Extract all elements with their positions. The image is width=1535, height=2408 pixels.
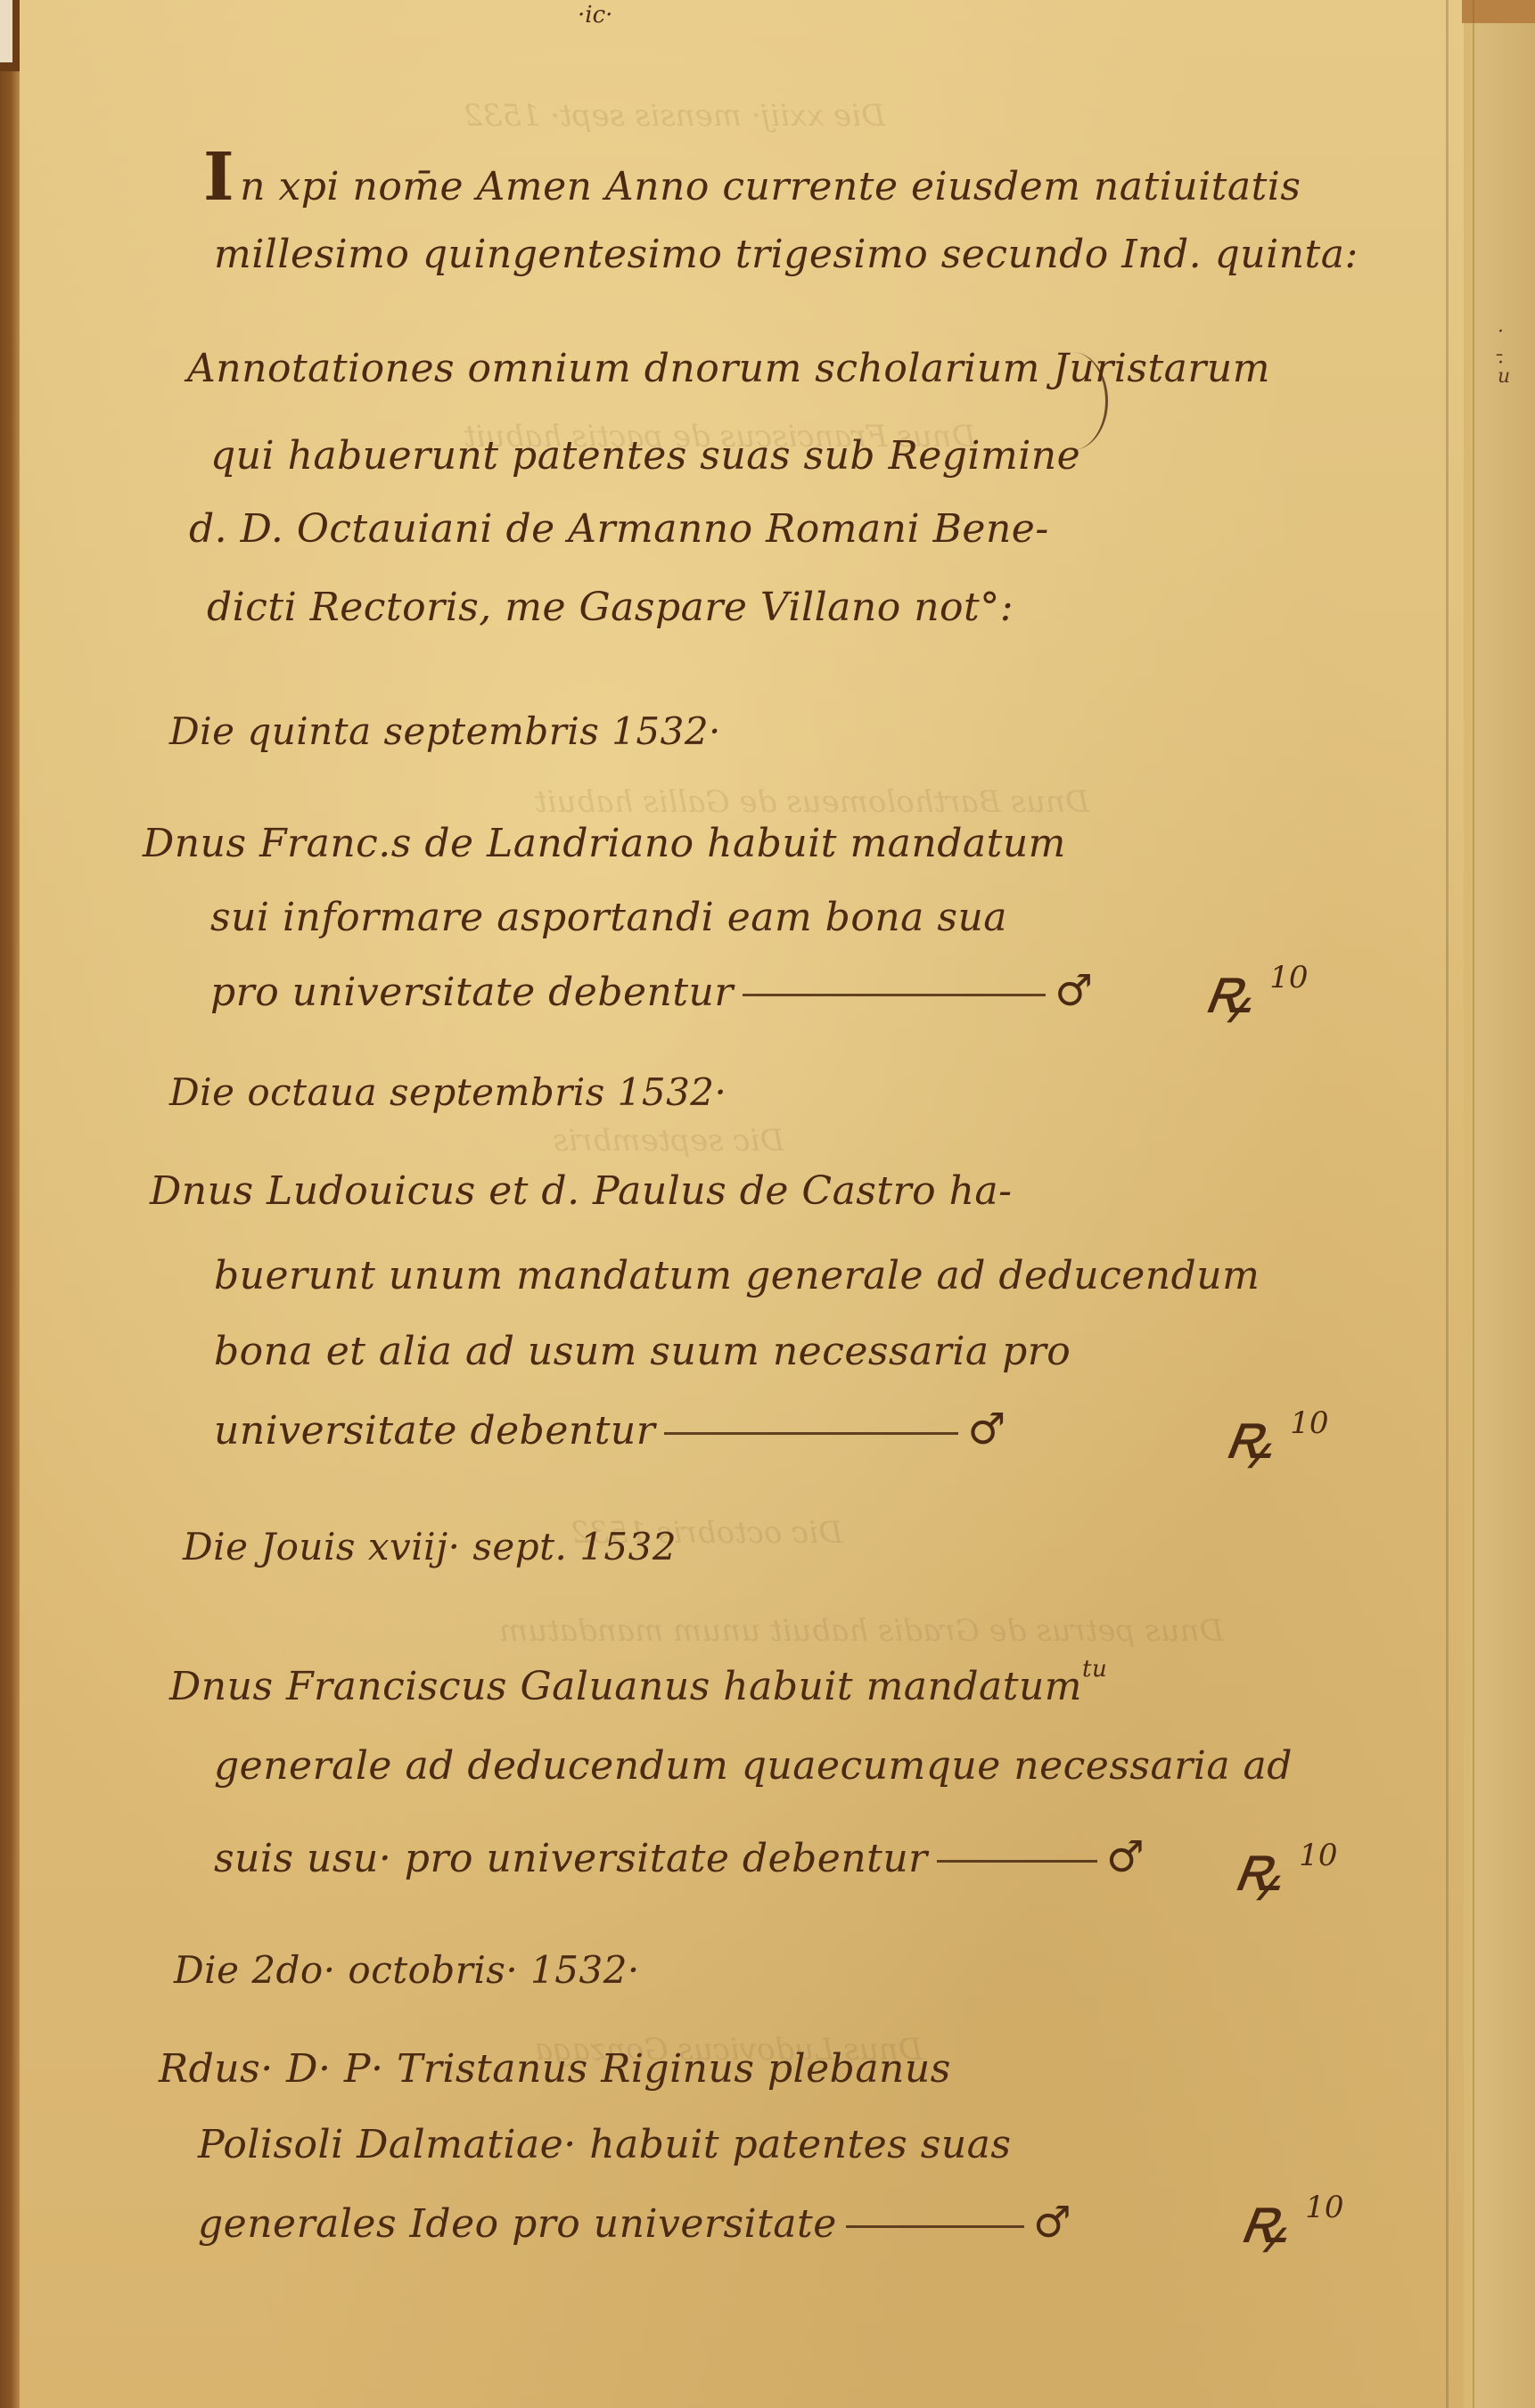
entry-1-margin-note: ꝶ10 <box>1205 945 1309 1032</box>
entry-3-line-1: Dnus Franciscus Galuanus habuit mandatum… <box>169 1658 1107 1707</box>
entry-4-line-3: generales Ideo pro universitate♂ <box>198 2201 1071 2244</box>
entry-3-date: Die Jouis xviij· sept. 1532 <box>183 1528 677 1566</box>
entry-1-line-1: Dnus Franc.s de Landriano habuit mandatu… <box>143 824 1066 864</box>
bleed-through-text: Dnus Bartholomeus de Gallis habuit <box>535 784 1089 820</box>
entry-1-line-3-text: pro universitate debentur <box>210 970 734 1015</box>
entry-2-rule <box>664 1432 958 1435</box>
entry-4-line-3-text: generales Ideo pro universitate <box>198 2201 837 2247</box>
entry-1-margin-symbol: ꝶ <box>1199 945 1260 1032</box>
entry-1-line-2: sui informare asportandi eam bona sua <box>210 898 1007 938</box>
entry-3-line-1-text: Dnus Franciscus Galuanus habuit mandatum <box>169 1664 1082 1709</box>
entry-1-notary-sign: ♂ <box>1055 966 1094 1016</box>
heading-text-1: n xpi nom̄e Amen Anno currente eiusdem n… <box>240 164 1301 209</box>
entry-4-date-text: Die 2do· octobris· 1532· <box>174 1948 640 1992</box>
entry-3-line-2: generale ad deducendum quaecumque necess… <box>214 1747 1293 1786</box>
entry-2-line-3: bona et alia ad usum suum necessaria pro <box>214 1332 1071 1372</box>
entry-4-line-1: Rdus· D· P· Tristanus Riginus plebanus <box>159 2050 951 2089</box>
entry-4-rule <box>846 2225 1024 2228</box>
page-fold-line <box>1446 0 1449 2408</box>
entry-3-margin-symbol: ꝶ <box>1228 1822 1289 1910</box>
entry-4-margin-symbol: ꝶ <box>1235 2175 1295 2262</box>
entry-4-date: Die 2do· octobris· 1532· <box>174 1952 640 1989</box>
page-fold-line-secondary <box>1473 0 1474 2408</box>
edge-fragment: u <box>1498 365 1510 388</box>
heading-line-1: In xpi nom̄e Amen Anno currente eiusdem … <box>203 144 1301 210</box>
entry-2-margin-note: ꝶ10 <box>1226 1390 1329 1478</box>
entry-4-margin-note: ꝶ10 <box>1241 2175 1344 2262</box>
heading-line-2: millesimo quingentesimo trigesimo secund… <box>214 235 1359 274</box>
entry-2-line-1: Dnus Ludouicus et d. Paulus de Castro ha… <box>150 1172 1013 1211</box>
entry-3-margin-amount: 10 <box>1299 1838 1337 1873</box>
entry-2-date: Die octaua septembris 1532· <box>169 1074 726 1111</box>
entry-3-superscript: tu <box>1082 1656 1107 1683</box>
entry-2-margin-amount: 10 <box>1290 1405 1328 1441</box>
entry-3-rule <box>937 1860 1097 1863</box>
entry-1-rule <box>743 994 1046 996</box>
preamble-line-4: dicti Rectoris, me Gaspare Villano not°: <box>207 588 1014 627</box>
entry-1-margin-amount: 10 <box>1269 960 1308 995</box>
entry-3-line-3-text: suis usu· pro universitate debentur <box>214 1836 928 1881</box>
edge-fragment: · <box>1498 321 1504 343</box>
entry-3-notary-sign: ♂ <box>1106 1832 1145 1882</box>
entry-3-margin-note: ꝶ10 <box>1235 1822 1338 1910</box>
entry-1-line-3: pro universitate debentur♂ <box>210 970 1093 1012</box>
decorated-initial: I <box>203 139 234 216</box>
preamble-line-1: Annotationes omnium dnorum scholarium Ju… <box>187 349 1270 389</box>
entry-2-line-4: universitate debentur♂ <box>214 1408 1006 1451</box>
entry-2-line-2: buerunt unum mandatum generale ad deduce… <box>214 1257 1260 1296</box>
entry-1-date: Die quinta septembris 1532· <box>169 713 721 750</box>
adjacent-leaf-edge <box>1475 0 1535 2408</box>
entry-4-notary-sign: ♂ <box>1033 2198 1072 2248</box>
entry-4-line-2: Polisoli Dalmatiae· habuit patentes suas <box>198 2125 1011 2165</box>
entry-2-margin-symbol: ꝶ <box>1219 1390 1280 1478</box>
left-binding-edge <box>0 0 20 2408</box>
folio-number: ·ic· <box>578 2 612 29</box>
preamble-line-3: d. D. Octauiani de Armanno Romani Bene- <box>189 510 1049 549</box>
entry-3-line-3: suis usu· pro universitate debentur♂ <box>214 1836 1145 1879</box>
entry-2-line-4-text: universitate debentur <box>214 1408 655 1454</box>
entry-4-margin-amount: 10 <box>1305 2190 1343 2225</box>
bleed-through-text: Die xxiij· mensis sept· 1532 <box>464 98 885 134</box>
preamble-line-2: qui habuerunt patentes suas sub Regimine <box>210 437 1080 476</box>
binding-tear-highlight <box>0 0 12 62</box>
entry-2-notary-sign: ♂ <box>967 1405 1006 1454</box>
bleed-through-text: Dnus petrus de Gradis habuit unum mandat… <box>499 1613 1224 1649</box>
bleed-through-text: Dic septembris <box>553 1123 784 1159</box>
